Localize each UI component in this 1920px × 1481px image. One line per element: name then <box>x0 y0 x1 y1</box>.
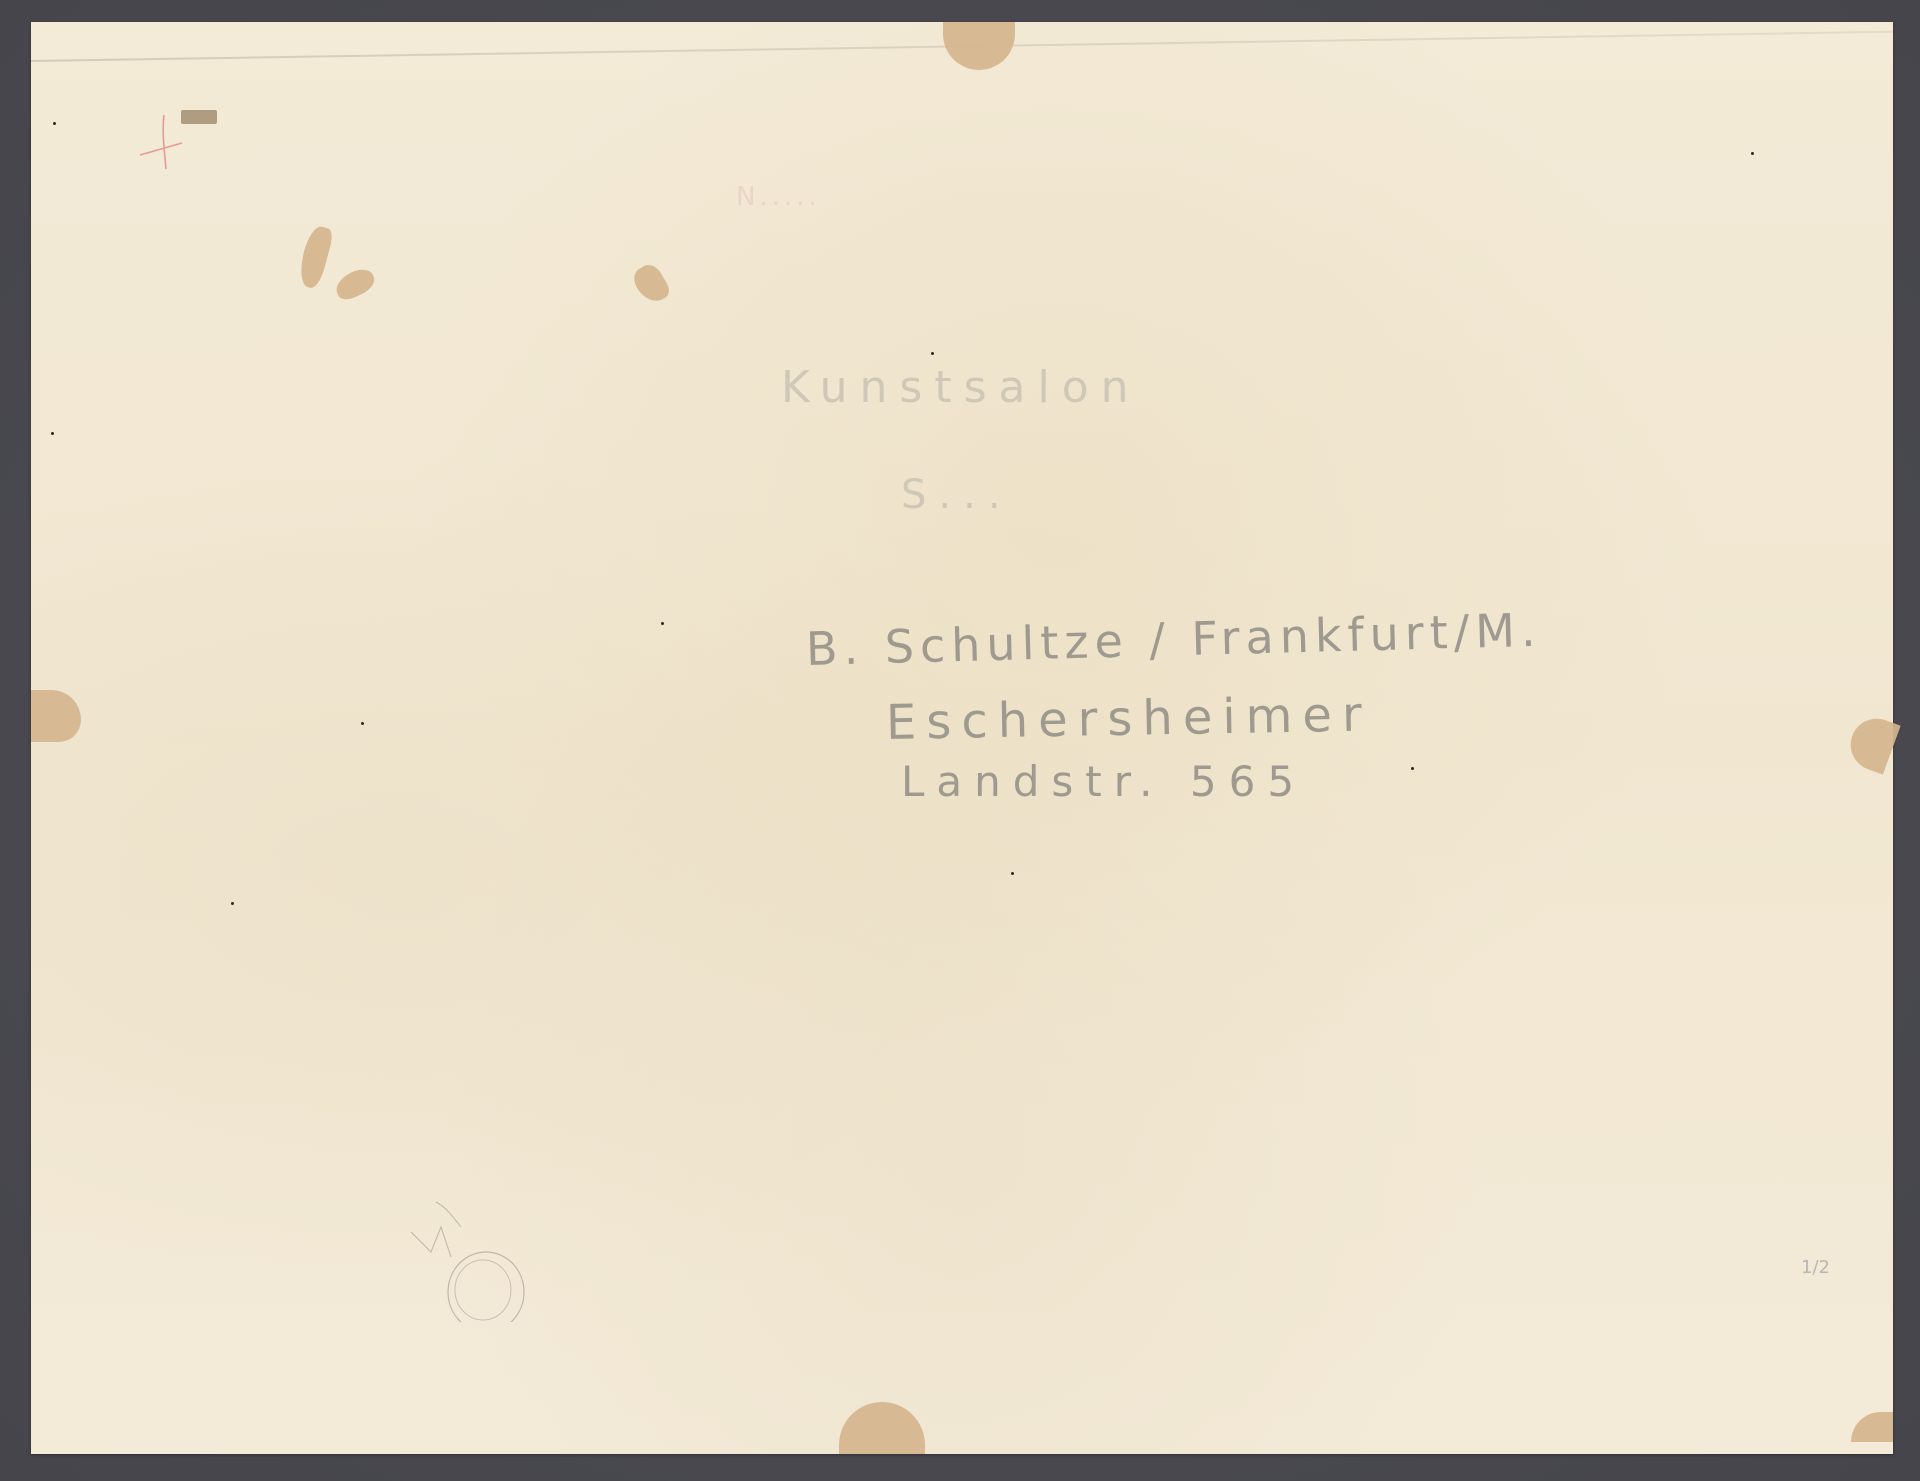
faint-inscription-line2: S... <box>901 472 1013 518</box>
inscription-name-city: B. Schultze / Frankfurt/M. <box>805 603 1542 676</box>
hinge-remnant <box>332 265 378 304</box>
speck <box>53 122 56 125</box>
speck <box>231 902 234 905</box>
speck <box>661 622 664 625</box>
paper-sheet: N..... Kunstsalon S... B. Schultze / Fra… <box>31 22 1893 1454</box>
hinge-tape-left <box>31 690 81 742</box>
hinge-remnant <box>295 224 334 290</box>
red-cross-mark-icon <box>126 107 186 177</box>
hinge-tape-bottom-right <box>1851 1412 1893 1442</box>
speck <box>361 722 364 725</box>
speck <box>1011 872 1014 875</box>
speck <box>1751 152 1754 155</box>
hinge-tape-top <box>943 22 1015 70</box>
faint-inscription-line1: Kunstsalon <box>781 362 1141 413</box>
pencil-sketch-doodle-icon <box>391 1192 551 1322</box>
speck <box>931 352 934 355</box>
hinge-remnant <box>629 261 672 308</box>
hinge-tape-bottom <box>839 1402 925 1454</box>
hinge-tape-right <box>1843 711 1900 774</box>
speck <box>1411 767 1414 770</box>
corner-note: 1/2 <box>1801 1257 1830 1278</box>
faint-red-inscription: N..... <box>736 182 821 212</box>
speck <box>51 432 54 435</box>
inscription-house-number: Landstr. 565 <box>901 757 1306 806</box>
tape-scrap <box>181 110 217 124</box>
inscription-street: Eschersheimer <box>886 687 1373 751</box>
